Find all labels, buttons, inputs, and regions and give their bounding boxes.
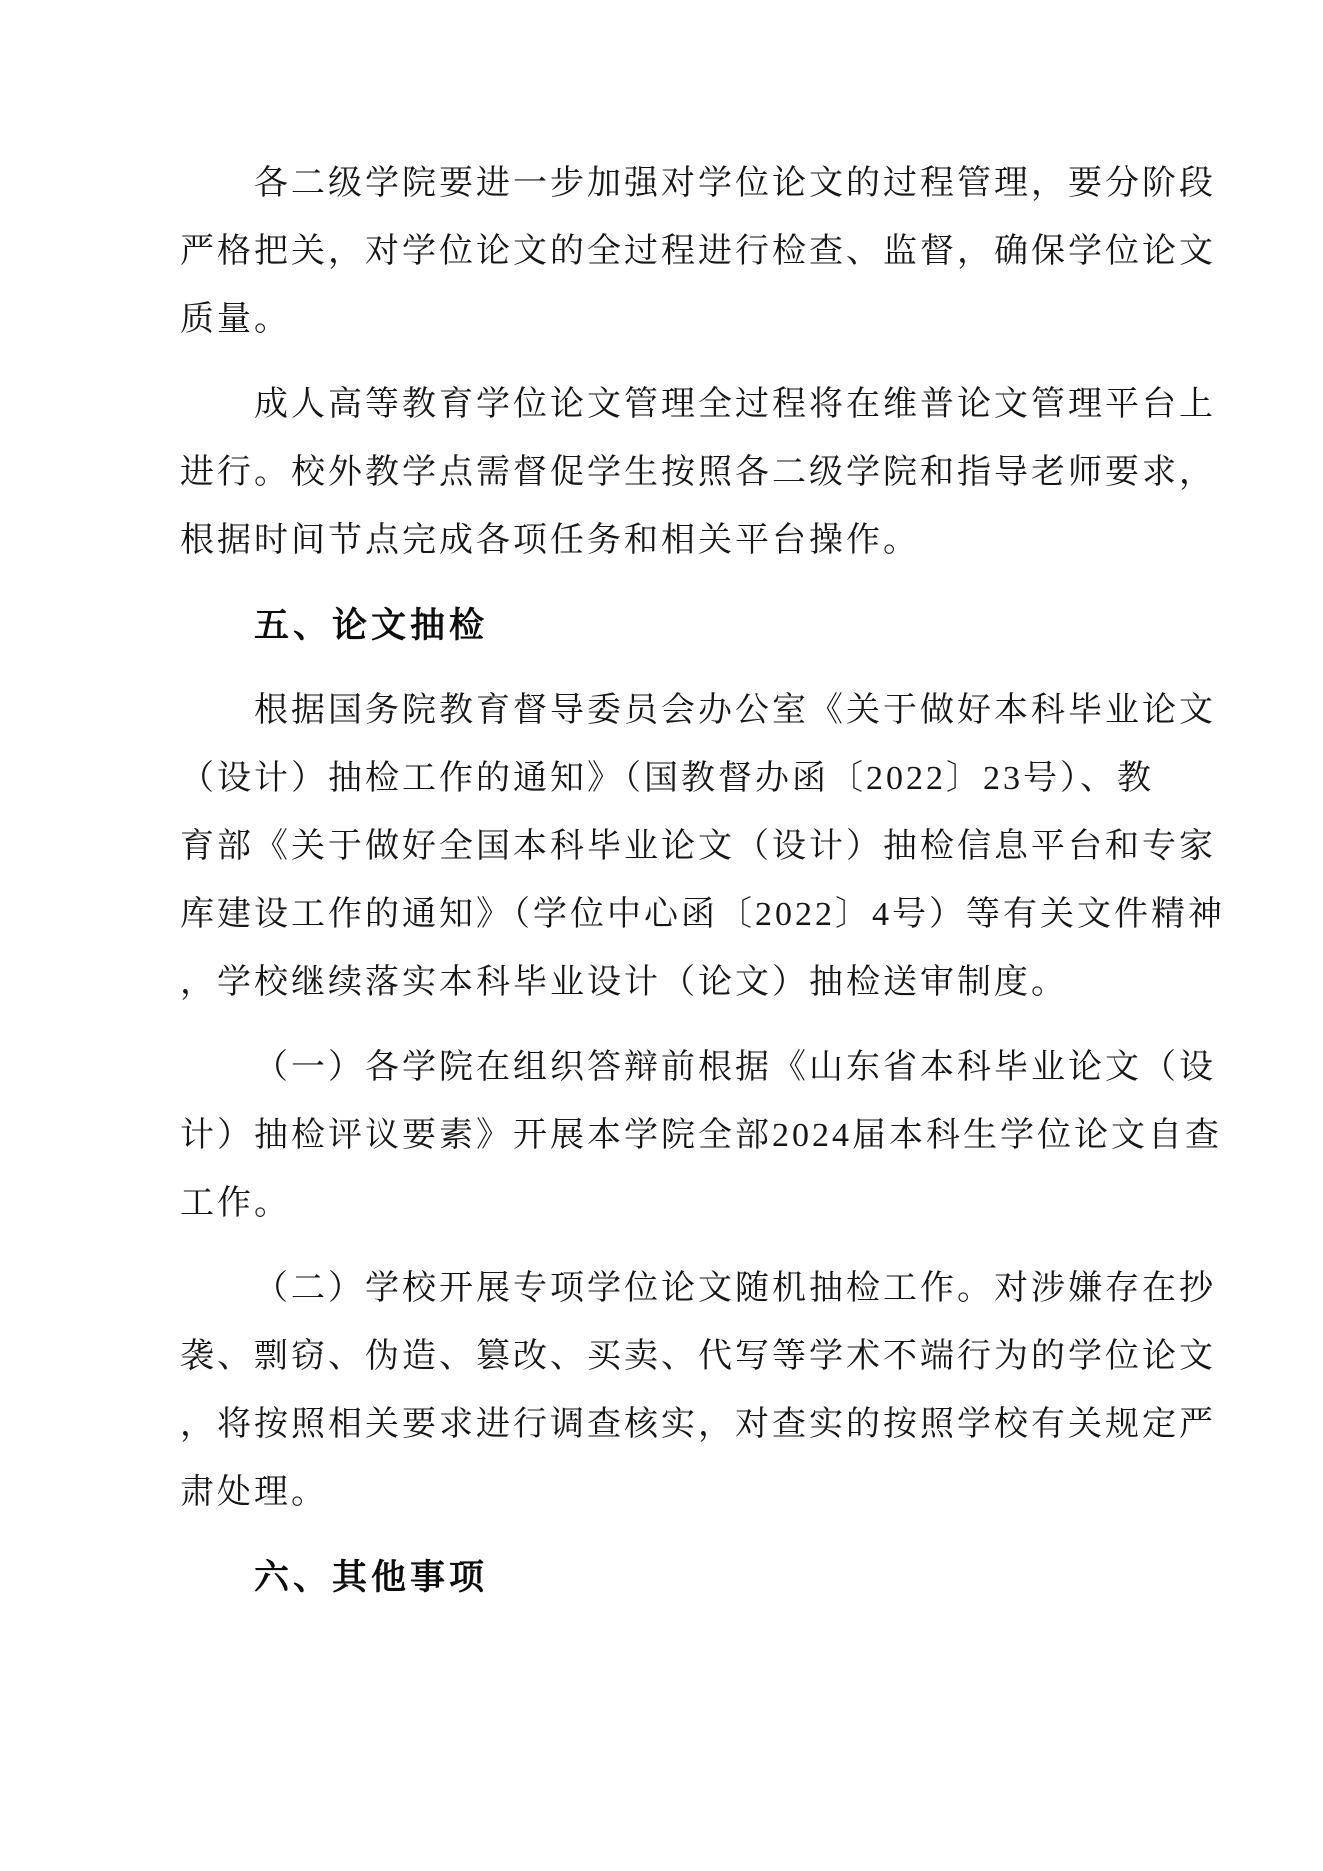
text-line: 袭、剽窃、伪造、篡改、买卖、代写等学术不端行为的学位论文 (180, 1323, 1220, 1391)
text-line: 严格把关，对学位论文的全过程进行检查、监督，确保学位论文 (180, 218, 1220, 286)
paragraph-item-2-random-check: （二）学校开展专项学位论文随机抽检工作。对涉嫌存在抄 袭、剽窃、伪造、篡改、买卖… (180, 1255, 1220, 1527)
text-line: 根据时间节点完成各项任务和相关平台操作。 (180, 507, 1220, 575)
text-line: 成人高等教育学位论文管理全过程将在维普论文管理平台上 (180, 371, 1220, 439)
text-line: （二）学校开展专项学位论文随机抽检工作。对涉嫌存在抄 (180, 1255, 1220, 1323)
paragraph-item-1-self-check: （一）各学院在组织答辩前根据《山东省本科毕业论文（设 计）抽检评议要素》开展本学… (180, 1034, 1220, 1238)
text-line: ，学校继续落实本科毕业设计（论文）抽检送审制度。 (180, 949, 1220, 1017)
text-line: 库建设工作的通知》（学位中心函〔2022〕4号）等有关文件精神 (180, 881, 1220, 949)
document-body: 各二级学院要进一步加强对学位论文的过程管理，要分阶段 严格把关，对学位论文的全过… (180, 150, 1220, 1629)
text-line: 育部《关于做好全国本科毕业论文（设计）抽检信息平台和专家 (180, 813, 1220, 881)
text-line: 根据国务院教育督导委员会办公室《关于做好本科毕业论文 (180, 677, 1220, 745)
text-line: （一）各学院在组织答辩前根据《山东省本科毕业论文（设 (180, 1034, 1220, 1102)
text-line: 肃处理。 (180, 1459, 1220, 1527)
text-line: 进行。校外教学点需督促学生按照各二级学院和指导老师要求， (180, 439, 1220, 507)
paragraph-platform-management: 成人高等教育学位论文管理全过程将在维普论文管理平台上 进行。校外教学点需督促学生… (180, 371, 1220, 575)
document-page: 各二级学院要进一步加强对学位论文的过程管理，要分阶段 严格把关，对学位论文的全过… (0, 0, 1323, 1871)
text-line: 质量。 (180, 286, 1220, 354)
heading-text: 六、其他事项 (180, 1544, 1220, 1612)
text-line: 工作。 (180, 1170, 1220, 1238)
text-line: 计）抽检评议要素》开展本学院全部2024届本科生学位论文自查 (180, 1102, 1220, 1170)
paragraph-process-management: 各二级学院要进一步加强对学位论文的过程管理，要分阶段 严格把关，对学位论文的全过… (180, 150, 1220, 354)
heading-text: 五、论文抽检 (180, 592, 1220, 660)
section-heading-5: 五、论文抽检 (180, 592, 1220, 660)
text-line: 各二级学院要进一步加强对学位论文的过程管理，要分阶段 (180, 150, 1220, 218)
section-heading-6: 六、其他事项 (180, 1544, 1220, 1612)
text-line: ，将按照相关要求进行调查核实，对查实的按照学校有关规定严 (180, 1391, 1220, 1459)
paragraph-spot-check-policy: 根据国务院教育督导委员会办公室《关于做好本科毕业论文 （设计）抽检工作的通知》（… (180, 677, 1220, 1017)
text-line: （设计）抽检工作的通知》（国教督办函〔2022〕23号）、教 (180, 745, 1220, 813)
